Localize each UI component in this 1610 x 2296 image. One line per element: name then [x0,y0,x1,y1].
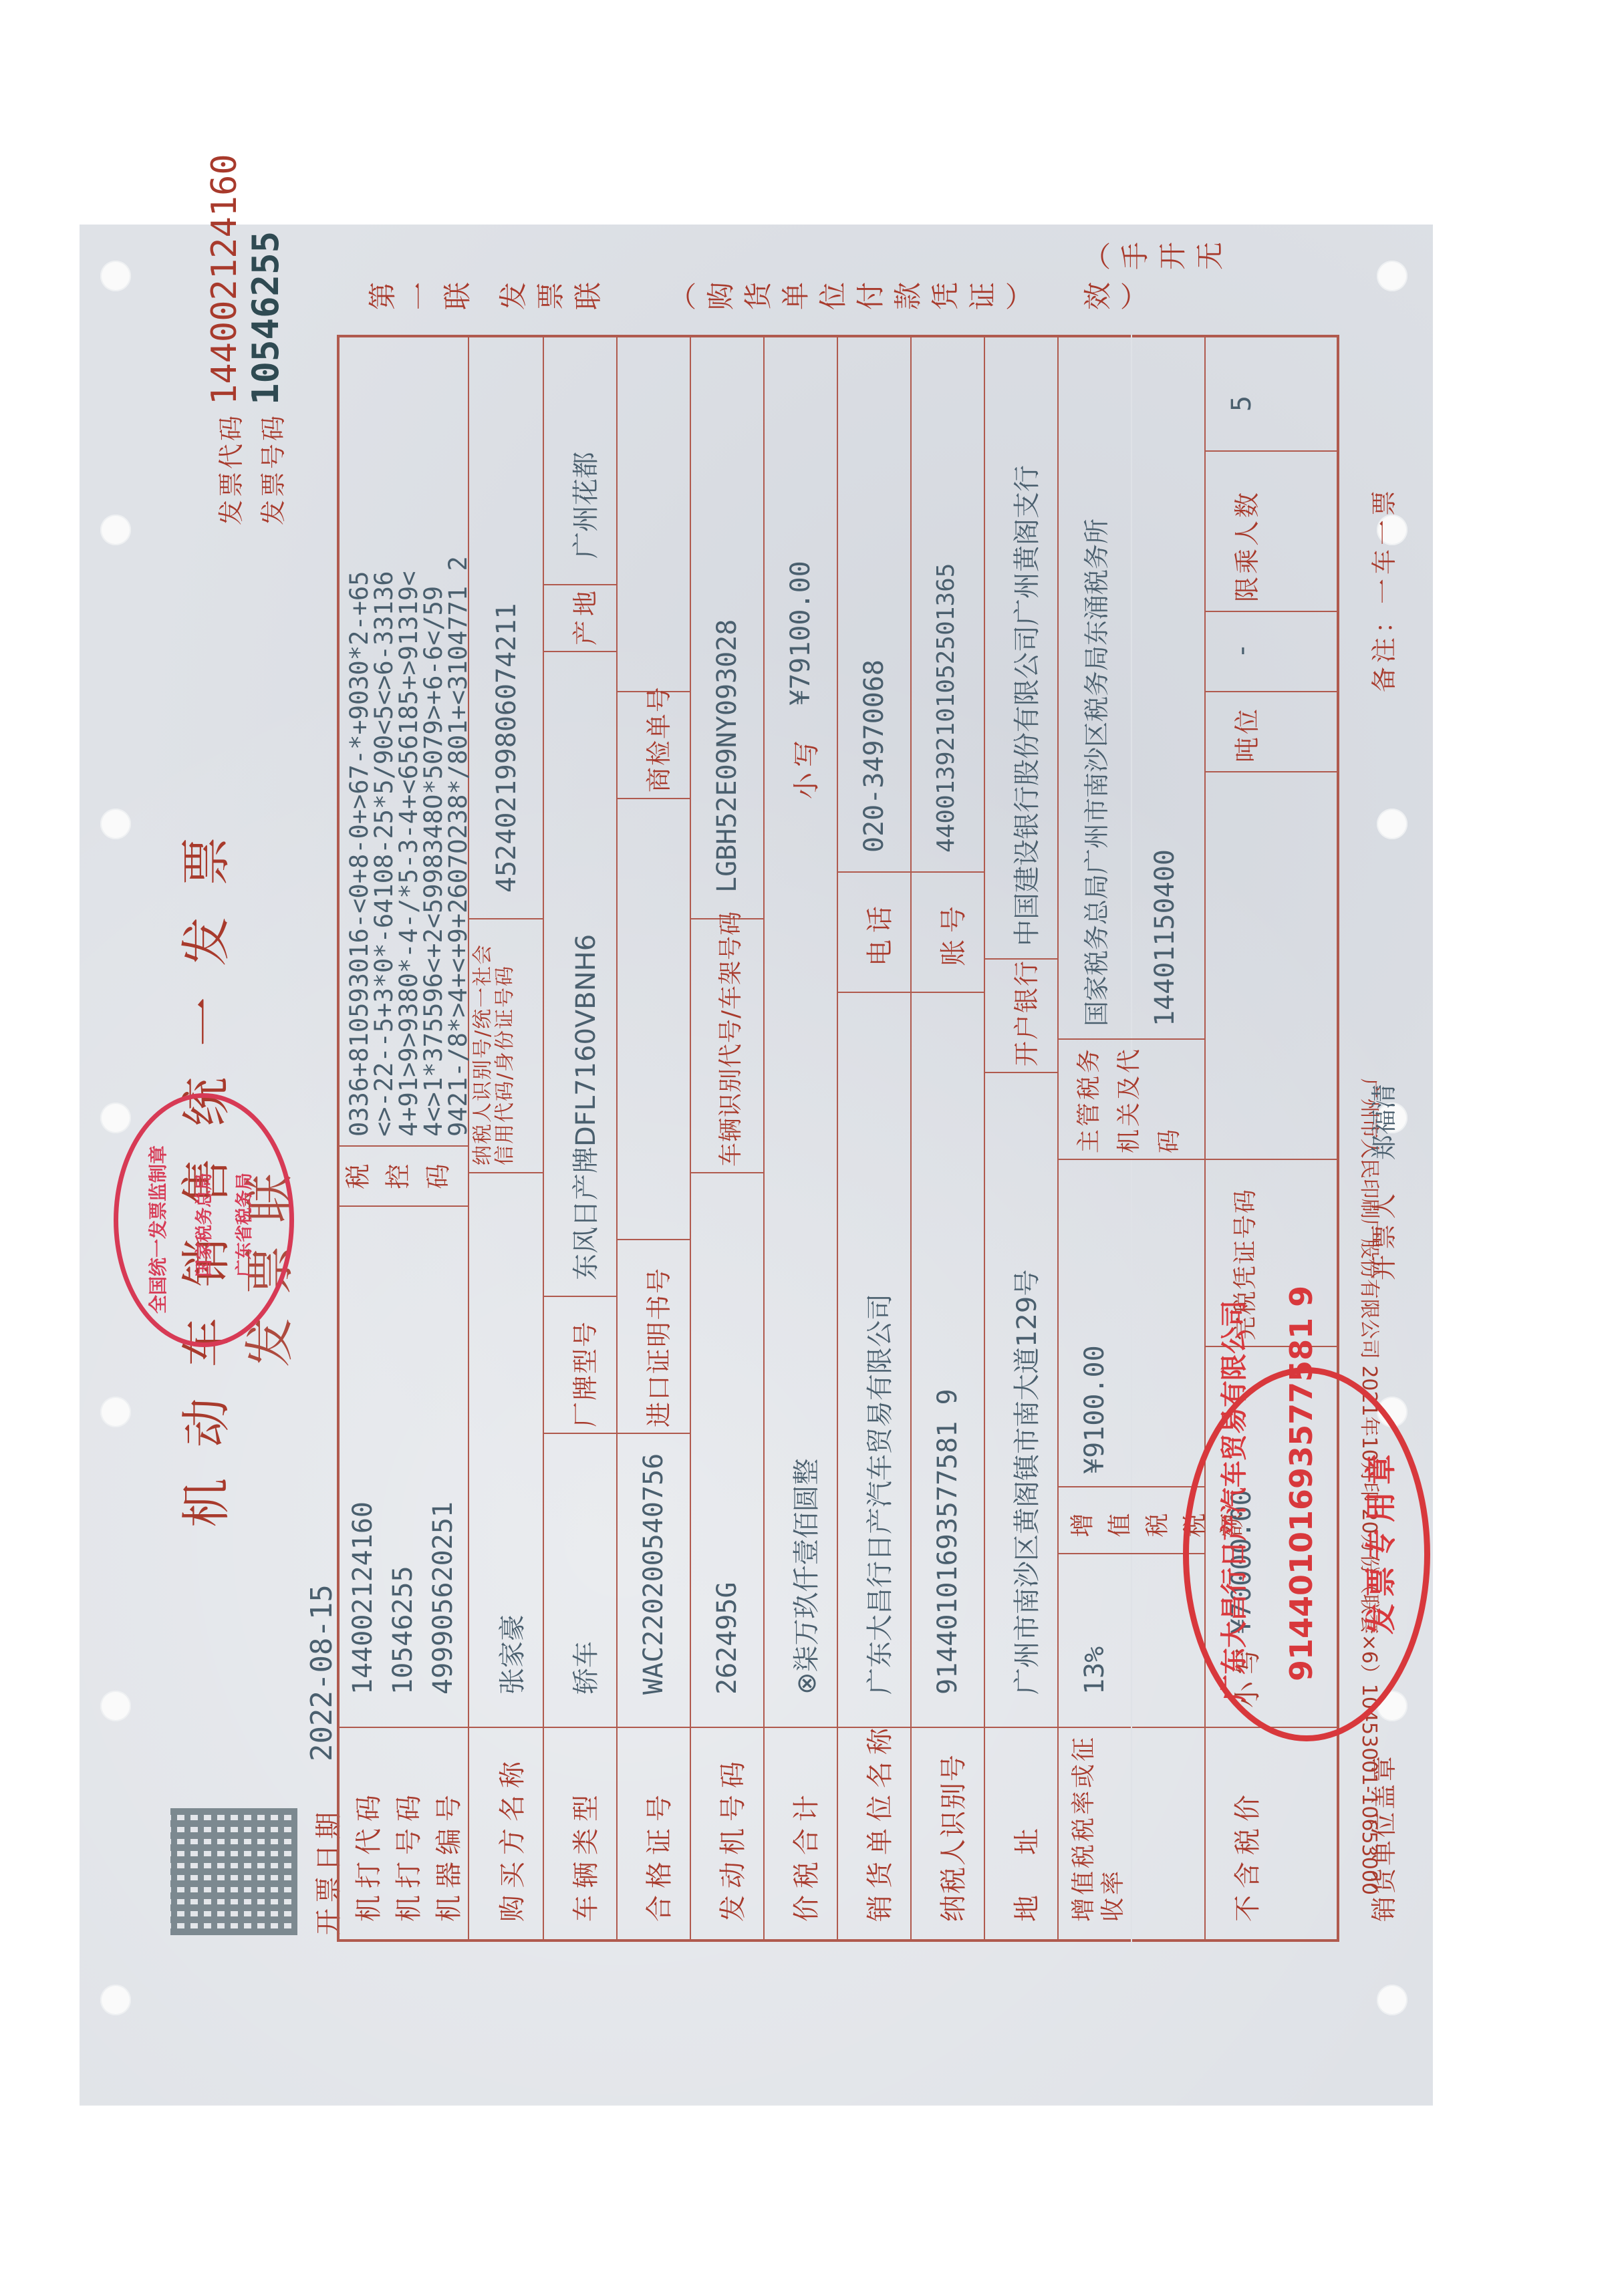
perforation-hole [100,1691,131,1721]
perforation-hole [100,1985,131,2015]
tax-authority-value: 国家税务总局广州市南沙区税务局东涌税务所 [1076,519,1113,1026]
invoice-code: 144002124160 [205,154,245,405]
seller-name-label: 销货单位名称 [859,1721,897,1922]
tonnage-value: - [1226,643,1257,659]
perforation-hole [1377,261,1407,291]
machine-number-label: 机打号码 [388,1788,426,1922]
inspection-label: 商检单号 [638,686,675,793]
vin-label: 车辆识别代号/车架号码 [712,911,746,1167]
perforation-hole [100,809,131,839]
address-label: 地址 [1006,1788,1044,1922]
account-value: 44001392101052501365 [932,563,960,853]
purpose-note: （购货单位付款凭证） [668,278,1043,318]
tax-control-label: 税控码 [344,1160,464,1197]
vat-rate-label: 增值税税率或征收率 [1069,1735,1128,1922]
perforation-hole [100,515,131,545]
tax-authority-code: 14401150400 [1150,849,1180,1026]
invoice-number: 10546255 [245,231,287,405]
machine-code-value: 144002124160 [348,1501,378,1695]
origin-label: 产地 [565,587,601,645]
buyer-id-value: 452402199806074211 [491,603,522,893]
seats-value: 5 [1226,396,1257,412]
origin-value: 广州花都 [565,452,603,559]
issue-date: 2022-08-15 [305,1584,339,1761]
tonnage-label: 吨位 [1226,706,1263,762]
total-label: 价税合计 [785,1788,823,1922]
tax-bureau-stamp-line2: 国家税务总局 [190,1173,215,1277]
seats-label: 限乘人数 [1226,490,1263,602]
issuer-label: 开票人 [1363,1188,1400,1280]
issuer-value: 郑福清 [1363,1084,1400,1160]
perforation-hole [1377,1985,1407,2015]
address-value: 广州市南沙区黄阁镇市南大道129号 [1006,1270,1044,1695]
seller-tax-id-label: 纳税人识别号 [932,1753,970,1922]
perforation-hole [100,1103,131,1133]
perforation-hole [100,1397,131,1427]
tax-authority-label: 主管税务机关及代码 [1069,1046,1190,1153]
certificate-value: WAC220200540756 [638,1453,669,1695]
total-words-value: ⊗柒万玖仟壹佰圆整 [785,1458,823,1695]
buyer-id-label: 纳税人识别号/统一社会信用代码/身份证号码 [472,925,516,1165]
price-excl-label: 不含税价 [1226,1788,1264,1922]
seller-stamp-type: 发票专用章 [1357,1447,1401,1634]
total-small-label: 小写 [785,735,823,799]
qr-code-icon [170,1808,297,1935]
account-label: 账号 [932,899,970,966]
machine-code-label: 机打代码 [348,1788,386,1922]
certificate-label: 合格证号 [638,1788,676,1922]
seller-stamp-name: 广东大昌行日产汽车贸易有限公司 [1213,1300,1251,1701]
copy-note: 第一联 发票联 [368,278,662,318]
engine-value: 262495G [712,1582,743,1695]
machine-number-value: 10546255 [388,1566,418,1695]
machine-serial-label: 机器编号 [428,1788,466,1922]
seller-stamp-tax-id: 91440101693577581 9 [1283,1286,1319,1681]
brand-model-label: 厂牌型号 [565,1320,601,1427]
invoice-number-label: 发票号码 [253,413,289,525]
vat-rate-value: 13% [1079,1646,1110,1695]
vin-value: LGBH52E09NY093028 [712,619,743,893]
brand-model-value: 东风日产牌DFL7160VBNH6 [565,934,603,1280]
void-note: （手开无效） [1083,238,1256,318]
invoice-canvas: 机动车销售统一发票 发票联 发票代码 144002124160 发票号码 105… [0,0,1610,2296]
phone-label: 电话 [859,899,897,966]
remark: 备注：一车一票 [1363,486,1400,692]
seller-name-value: 广东大昌行日产汽车贸易有限公司 [859,1294,897,1695]
total-small-value: ¥79100.00 [785,561,816,706]
engine-label: 发动机号码 [712,1755,750,1922]
seller-stamp-label: 销货单位盖章 [1363,1753,1400,1922]
machine-serial-value: 499905620251 [428,1501,458,1695]
bank-label: 开户银行 [1006,960,1043,1066]
bank-value: 中国建设银行股份有限公司广州黄阁支行 [1006,465,1044,946]
seller-tax-id-value: 91440101693577581 9 [932,1389,963,1695]
tax-bureau-stamp-line3: 广东省税务局 [231,1173,255,1277]
import-cert-label: 进口证明书号 [638,1267,675,1427]
vat-amount-value: ¥9100.00 [1079,1345,1110,1474]
vehicle-type-value: 轿车 [565,1641,603,1695]
buyer-name-value: 张家豪 [491,1614,529,1695]
invoice-code-label: 发票代码 [211,413,247,525]
perforation-hole [1377,809,1407,839]
phone-value: 020-34970068 [859,660,890,853]
tax-bureau-stamp-line1: 全国统一发票监制章 [144,1145,170,1314]
buyer-name-label: 购买方名称 [491,1755,529,1922]
vehicle-type-label: 车辆类型 [565,1788,603,1922]
perforation-hole [100,261,131,291]
